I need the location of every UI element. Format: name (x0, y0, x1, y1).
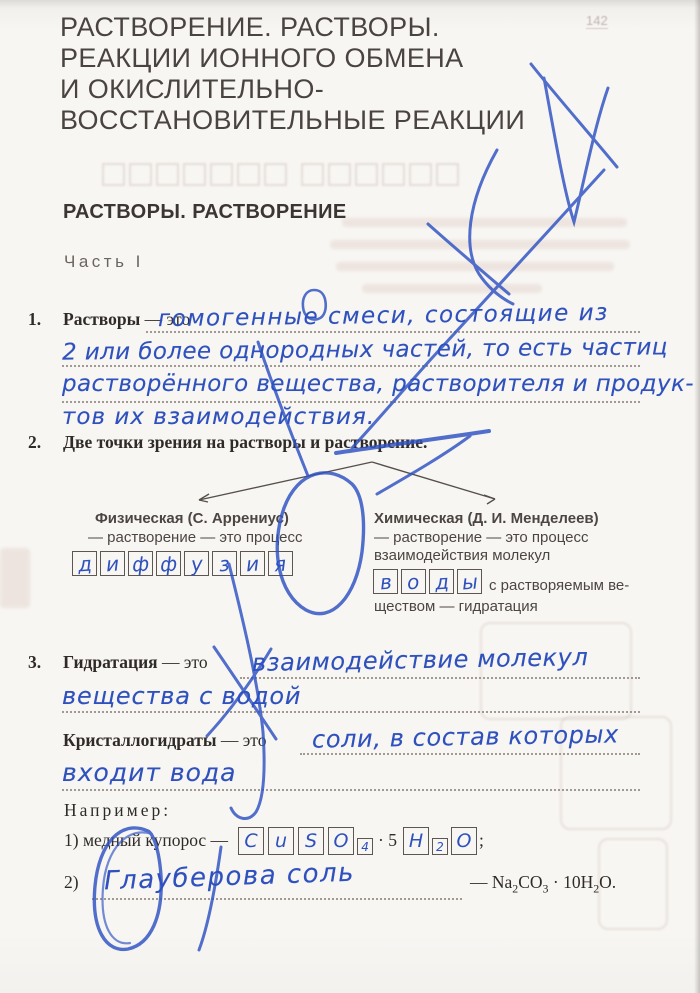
answer-ruling-line (146, 331, 640, 333)
formula-box-value: 4 (361, 840, 369, 854)
answer-ruling-line (62, 401, 640, 403)
item-1-answer-line-2: 2 или более однородных частей, то есть ч… (62, 334, 668, 365)
workbook-page: 142 РАСТВОРЕНИЕ. РАСТВОРЫ. РЕАКЦИИ ИОННО… (0, 0, 700, 993)
item-1-answer-line-3: растворённого вещества, растворителя и п… (62, 371, 694, 397)
letter-box: д (429, 569, 454, 594)
item-2-prompt: Две точки зрения на растворы и растворен… (63, 432, 427, 453)
bleedthrough-smudge (362, 284, 542, 293)
hydration-term: Гидратация (63, 652, 158, 672)
formula-letter-box: S (298, 827, 324, 855)
formula-box-value: 2 (436, 840, 444, 854)
answer-ruling-line (92, 898, 462, 900)
hydration-answer-line-1: взаимодействие молекул (252, 643, 589, 677)
formula-subscript-box: 4 (357, 838, 373, 855)
chemical-view-subtitle: — растворение — это процесс (374, 529, 589, 546)
soda-formula: — Na2CO3 · 10H2O. (470, 872, 616, 897)
example-1-prefix: 1) медный купорос — (64, 830, 228, 851)
formula-box-value: C (244, 830, 257, 852)
letter-box-value: д (434, 571, 449, 592)
formula-box-value: O (457, 830, 472, 852)
chapter-title-line-3: И ОКИСЛИТЕЛЬНО- (60, 74, 525, 105)
example-1-coefficient: · 5 (378, 830, 397, 851)
chapter-title: РАСТВОРЕНИЕ. РАСТВОРЫ. РЕАКЦИИ ИОННОГО О… (60, 12, 525, 136)
example-1-end: ; (479, 830, 484, 851)
letter-box: о (401, 569, 426, 594)
formula-letter-box: Н (403, 827, 429, 855)
letter-box-value: ф (159, 553, 177, 574)
chapter-title-line-1: РАСТВОРЕНИЕ. РАСТВОРЫ. (60, 12, 525, 43)
letter-box: д (72, 551, 97, 576)
formula-box-value: u (275, 830, 287, 852)
formula-box-value: Н (409, 830, 423, 852)
formula-letter-box: u (268, 827, 294, 855)
item-1-answer-line-1: гомогенные смеси, состоящие из (158, 300, 609, 332)
section-heading: РАСТВОРЫ. РАСТВОРЕНИЕ (63, 201, 347, 224)
crystal-answer-line-1: соли, в состав которых (312, 720, 619, 753)
letter-box-value: ы (461, 571, 478, 592)
fork-arrow-left (199, 462, 372, 502)
letter-box: и (240, 551, 265, 576)
formula-subscript-box: 2 (432, 838, 448, 855)
letter-box: и (100, 551, 125, 576)
letter-box: я (268, 551, 293, 576)
letter-box-value: я (274, 553, 287, 574)
letter-box: з (212, 551, 237, 576)
chapter-title-line-4: ВОССТАНОВИТЕЛЬНЫЕ РЕАКЦИИ (60, 105, 525, 136)
crystal-term: Кристаллогидраты (63, 730, 217, 750)
crystal-lead: — это (221, 730, 267, 750)
item-2-number: 2. (28, 432, 41, 453)
formula-letter-box: O (451, 827, 477, 855)
letter-box: у (184, 551, 209, 576)
answer-ruling-line (62, 711, 640, 713)
chapter-title-line-2: РЕАКЦИИ ИОННОГО ОБМЕНА (60, 43, 525, 74)
physical-view-subtitle: — растворение — это процесс (88, 529, 303, 546)
item-1-term: Растворы (63, 309, 140, 329)
hydration-answer-line-2: вещества с водой (62, 682, 301, 710)
formula-box-value: O (334, 830, 349, 852)
chemical-view-subtitle-2: взаимодействия молекул (374, 547, 550, 564)
letter-box-value: о (407, 571, 421, 592)
letter-box-value: и (105, 553, 119, 574)
formula-box-value: S (305, 830, 317, 852)
example-1-row: 1) медный купорос — C u S O 4 · 5 Н 2 O … (64, 826, 484, 855)
letter-box-value: ф (131, 553, 149, 574)
part-label: Часть I (64, 252, 144, 272)
bleedthrough-square-row (102, 163, 463, 191)
bleedthrough-smudge (342, 218, 627, 227)
hydration-prompt: Гидратация — это (63, 652, 208, 673)
letter-box-value: д (77, 553, 92, 574)
answer-ruling-line (62, 365, 640, 367)
physical-view-title: Физическая (С. Аррениус) (95, 510, 289, 527)
crystal-answer-line-2: входит вода (62, 758, 237, 787)
crystal-prompt: Кристаллогидраты — это (63, 730, 266, 751)
letter-box-value: в (379, 571, 392, 592)
example-heading: Например: (64, 800, 171, 821)
glauber-salt-answer: Глауберова соль (104, 858, 356, 897)
answer-ruling-line (240, 677, 640, 679)
formula-letter-box: C (238, 827, 264, 855)
hydration-lead: — это (162, 652, 208, 672)
letter-box-value: у (190, 553, 203, 574)
chemical-tail-text-2: ществом — гидратация (374, 598, 538, 615)
example-2-prefix: 2) (64, 872, 79, 893)
item-3-number: 3. (28, 652, 41, 673)
chemical-view-title: Химическая (Д. И. Менделеев) (374, 510, 599, 527)
bleedthrough-page-number: 142 (586, 13, 608, 29)
letter-box: ф (156, 551, 181, 576)
item-1-answer-line-4: тов их взаимодействия. (62, 404, 375, 430)
pen-scribble-strokes (94, 64, 617, 950)
bleedthrough-smudge (336, 262, 614, 271)
bleedthrough-smudge (330, 240, 630, 249)
letter-box: ы (457, 569, 482, 594)
letter-box: ф (128, 551, 153, 576)
item-1-number: 1. (28, 309, 41, 330)
letter-box-value: и (245, 553, 259, 574)
answer-ruling-line (62, 789, 640, 791)
fork-arrow-right (372, 462, 495, 504)
chemical-tail-text: с растворяемым ве- (489, 577, 629, 594)
letter-box: в (373, 569, 398, 594)
chemical-answer-boxes: в о д ы с растворяемым ве- (373, 569, 629, 594)
bleedthrough-smudge (0, 548, 30, 608)
letter-box-value: з (218, 553, 230, 574)
formula-letter-box: O (328, 827, 354, 855)
answer-ruling-line (300, 753, 640, 755)
physical-answer-boxes: д и ф ф у з и я (72, 551, 296, 576)
